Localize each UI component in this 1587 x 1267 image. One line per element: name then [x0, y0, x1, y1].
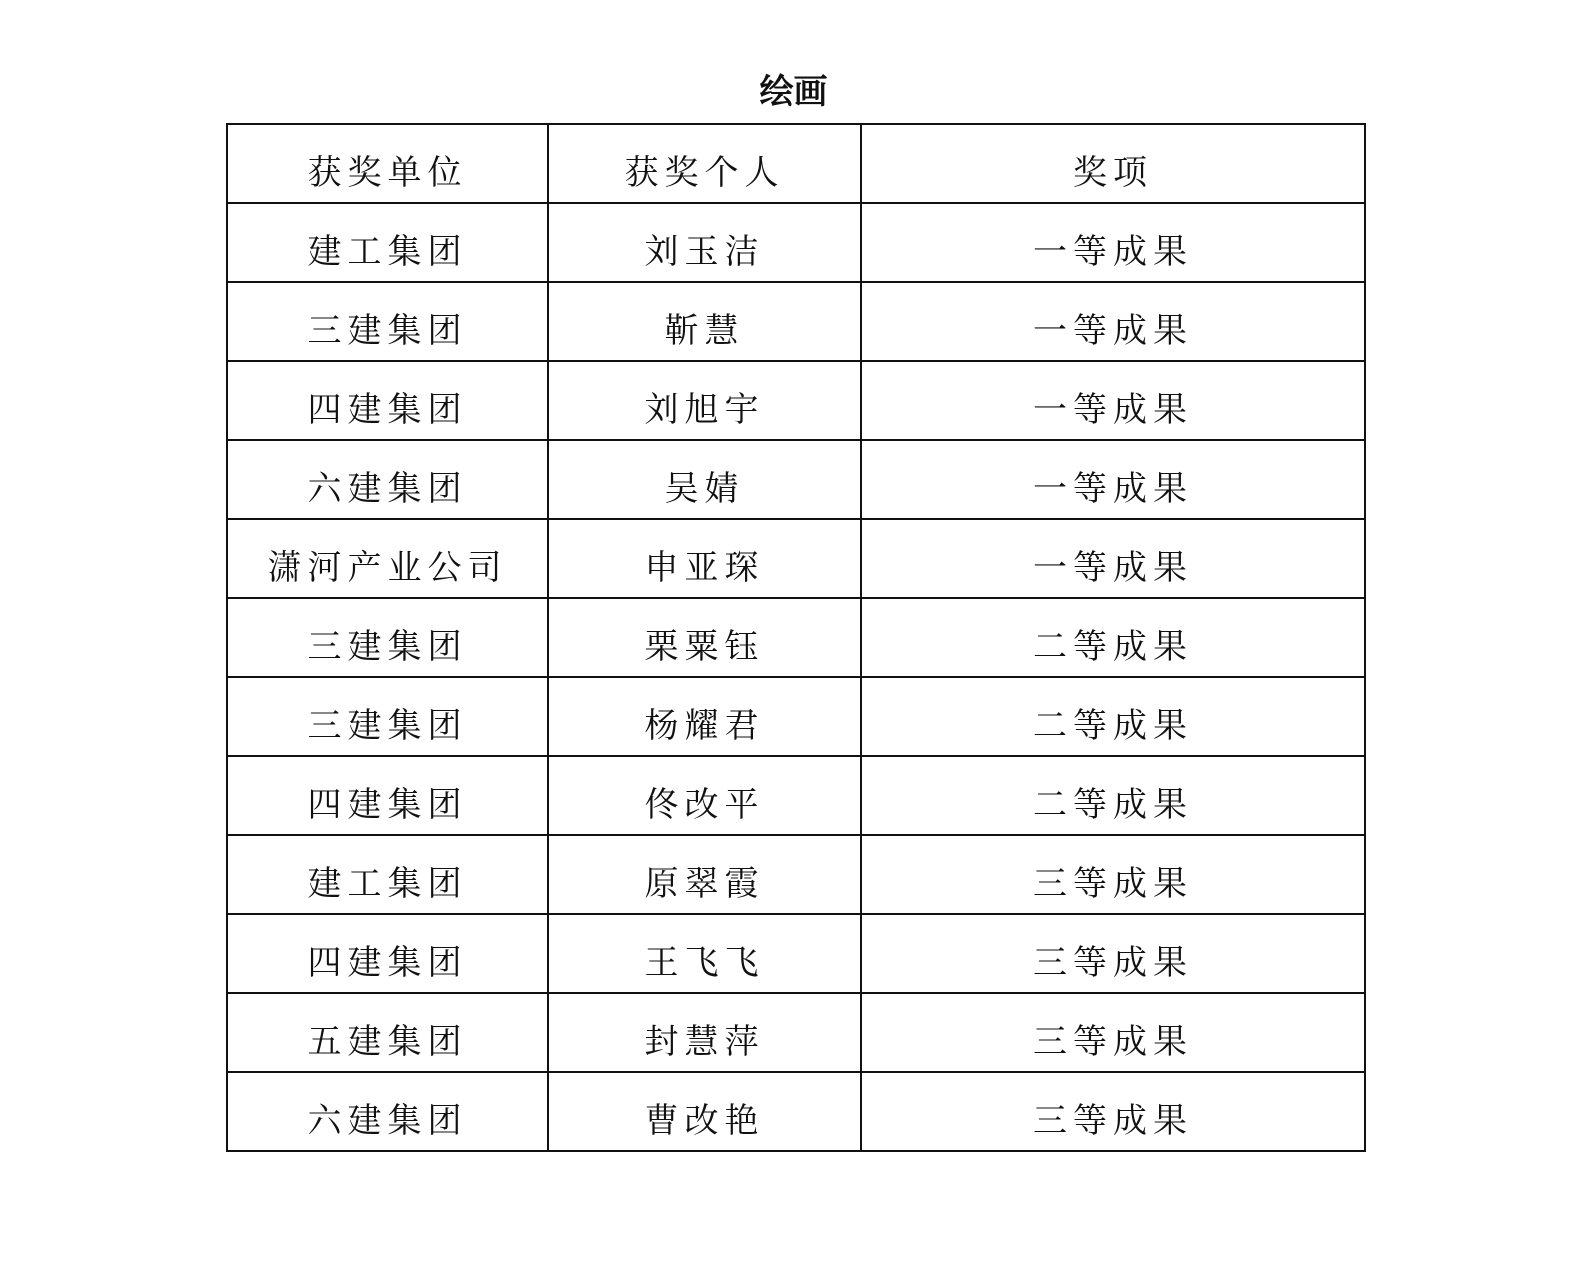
cell-person: 王飞飞 [548, 914, 861, 993]
cell-person: 栗粟钰 [548, 598, 861, 677]
cell-person: 曹改艳 [548, 1072, 861, 1151]
cell-person: 刘旭宇 [548, 361, 861, 440]
cell-unit: 建工集团 [227, 835, 548, 914]
cell-person: 吴婧 [548, 440, 861, 519]
cell-person: 刘玉洁 [548, 203, 861, 282]
cell-award: 二等成果 [861, 598, 1365, 677]
column-header-unit: 获奖单位 [227, 124, 548, 203]
cell-award: 一等成果 [861, 361, 1365, 440]
cell-unit: 建工集团 [227, 203, 548, 282]
table-row: 三建集团 栗粟钰 二等成果 [227, 598, 1365, 677]
column-header-award: 奖项 [861, 124, 1365, 203]
table-row: 建工集团 原翠霞 三等成果 [227, 835, 1365, 914]
cell-person: 杨耀君 [548, 677, 861, 756]
table-row: 三建集团 杨耀君 二等成果 [227, 677, 1365, 756]
table-row: 六建集团 曹改艳 三等成果 [227, 1072, 1365, 1151]
cell-person: 佟改平 [548, 756, 861, 835]
cell-unit: 六建集团 [227, 1072, 548, 1151]
table-row: 五建集团 封慧萍 三等成果 [227, 993, 1365, 1072]
table-row: 三建集团 靳慧 一等成果 [227, 282, 1365, 361]
cell-award: 三等成果 [861, 993, 1365, 1072]
cell-person: 申亚琛 [548, 519, 861, 598]
table-row: 四建集团 佟改平 二等成果 [227, 756, 1365, 835]
document-title: 绘画 [0, 70, 1587, 114]
cell-unit: 潇河产业公司 [227, 519, 548, 598]
cell-award: 二等成果 [861, 756, 1365, 835]
cell-award: 一等成果 [861, 519, 1365, 598]
cell-award: 二等成果 [861, 677, 1365, 756]
cell-person: 靳慧 [548, 282, 861, 361]
cell-award: 三等成果 [861, 1072, 1365, 1151]
cell-unit: 四建集团 [227, 361, 548, 440]
cell-award: 一等成果 [861, 440, 1365, 519]
award-table: 获奖单位 获奖个人 奖项 建工集团 刘玉洁 一等成果 三建集团 靳慧 一等成果 … [226, 123, 1366, 1152]
column-header-person: 获奖个人 [548, 124, 861, 203]
cell-unit: 三建集团 [227, 598, 548, 677]
cell-unit: 六建集团 [227, 440, 548, 519]
table-row: 四建集团 刘旭宇 一等成果 [227, 361, 1365, 440]
cell-person: 封慧萍 [548, 993, 861, 1072]
cell-award: 三等成果 [861, 835, 1365, 914]
cell-award: 一等成果 [861, 282, 1365, 361]
table-header-row: 获奖单位 获奖个人 奖项 [227, 124, 1365, 203]
cell-unit: 四建集团 [227, 914, 548, 993]
table-row: 四建集团 王飞飞 三等成果 [227, 914, 1365, 993]
cell-unit: 三建集团 [227, 282, 548, 361]
cell-unit: 三建集团 [227, 677, 548, 756]
cell-person: 原翠霞 [548, 835, 861, 914]
table-row: 潇河产业公司 申亚琛 一等成果 [227, 519, 1365, 598]
cell-award: 一等成果 [861, 203, 1365, 282]
table-row: 建工集团 刘玉洁 一等成果 [227, 203, 1365, 282]
cell-unit: 四建集团 [227, 756, 548, 835]
cell-award: 三等成果 [861, 914, 1365, 993]
table-row: 六建集团 吴婧 一等成果 [227, 440, 1365, 519]
cell-unit: 五建集团 [227, 993, 548, 1072]
